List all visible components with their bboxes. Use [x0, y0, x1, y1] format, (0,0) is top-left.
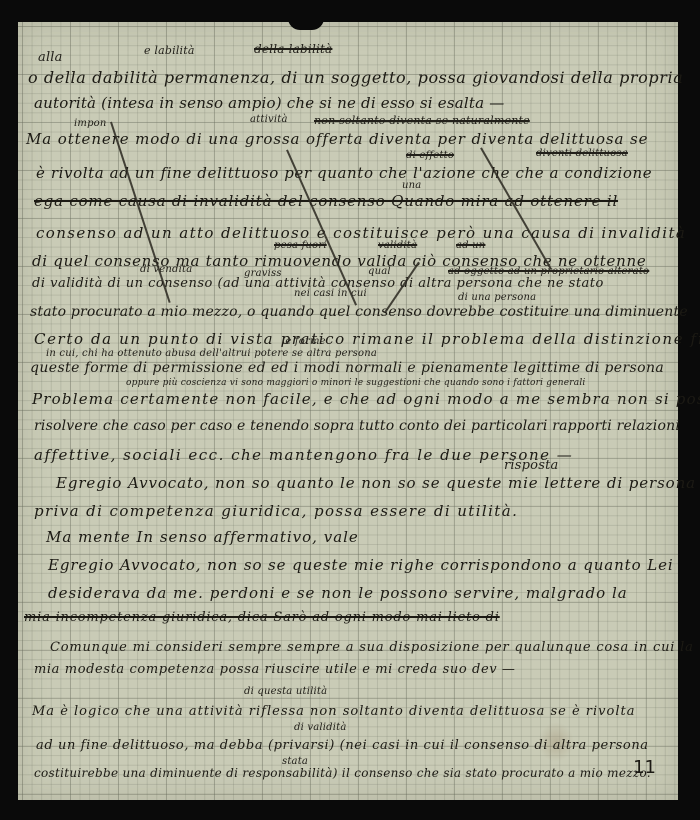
manuscript-line-20: mia incompetenza giuridica, dica Sarò ad… [24, 610, 500, 625]
insertion-impon: impon [74, 118, 107, 129]
insertion-validita: validità [378, 240, 417, 251]
manuscript-line-17: Ma mente In senso affermativo, vale [46, 528, 359, 546]
manuscript-line-10: Certo da un punto di vista pratico riman… [34, 330, 700, 348]
insertion-in-cui: in cui, chi ha ottenuto abusa dell'altru… [46, 348, 377, 359]
manuscript-line-9: stato procurato a mio mezzo, o quando qu… [30, 304, 688, 320]
manuscript-line-11: queste forme di permissione ed ed i modi… [30, 360, 664, 376]
insertion-di-effetto: di effetto [406, 150, 454, 161]
manuscript-line-6: consenso ad un atto delittuoso e costitu… [36, 224, 686, 242]
manuscript-line-14: affettive, sociali ecc. che mantengono f… [34, 446, 573, 464]
insertion-diventi-delittuosa: diventi delittuosa [536, 148, 628, 159]
insertion-oppure: oppure più coscienza vi sono maggiori o … [126, 378, 586, 388]
manuscript-line-16: priva di competenza giuridica, possa ess… [34, 502, 518, 520]
manuscript-line-13: risolvere che caso per caso e tenendo so… [34, 418, 680, 434]
insertion-ad-un: ad un [456, 240, 485, 251]
insertion-pesa-fuori: pesa fuori [274, 240, 327, 251]
manuscript-line-24: ad un fine delittuoso, ma debba (privars… [36, 738, 649, 753]
page-top-notch [288, 18, 324, 30]
page-number: 11 [633, 757, 656, 778]
insertion-alla: alla [38, 50, 63, 65]
manuscript-line-19: desiderava da me. perdoni e se non le po… [48, 584, 628, 602]
manuscript-line-22: mia modesta competenza possa riuscire ut… [34, 662, 516, 677]
manuscript-line-5: ega come causa di invalidità del consens… [34, 192, 618, 210]
manuscript-line-21: Comunque mi consideri sempre sempre a su… [50, 640, 694, 655]
manuscript-line-2: autorità (intesa in senso ampio) che si … [34, 94, 504, 112]
manuscript-line-1: o della dabilità permanenza, di un sogge… [28, 68, 683, 87]
insertion-una: una [402, 180, 421, 191]
insertion-non-soltanto: non soltanto diventa se naturalmente [314, 114, 530, 127]
insertion-di-vendita: di vendita [140, 264, 192, 275]
insertion-labilita: e labilità [144, 44, 195, 57]
manuscript-page: alla e labilità della labilità o della d… [18, 22, 678, 800]
insertion-nei-casi: nei casi in cui [294, 288, 367, 299]
manuscript-line-18: Egregio Avvocato, non so se queste mie r… [48, 556, 674, 574]
insertion-di-validita: di validità [294, 722, 347, 733]
manuscript-line-12: Problema certamente non facile, e che ad… [32, 390, 700, 408]
insertion-della-labilita: della labilità [254, 42, 332, 56]
insertion-di-una-persona: di una persona [458, 292, 536, 303]
manuscript-line-23: Ma è logico che una attività riflessa no… [32, 704, 635, 719]
insertion-di-questa-utilita: di questa utilità [244, 686, 327, 697]
manuscript-line-25: costituirebbe una diminuente di responsa… [34, 766, 651, 780]
insertion-righe: risposta [504, 458, 558, 473]
manuscript-line-15: Egregio Avvocato, non so quanto le non s… [56, 474, 696, 492]
insertion-le-forme: le forme [282, 336, 326, 347]
insertion-attivita: attività [250, 114, 288, 125]
